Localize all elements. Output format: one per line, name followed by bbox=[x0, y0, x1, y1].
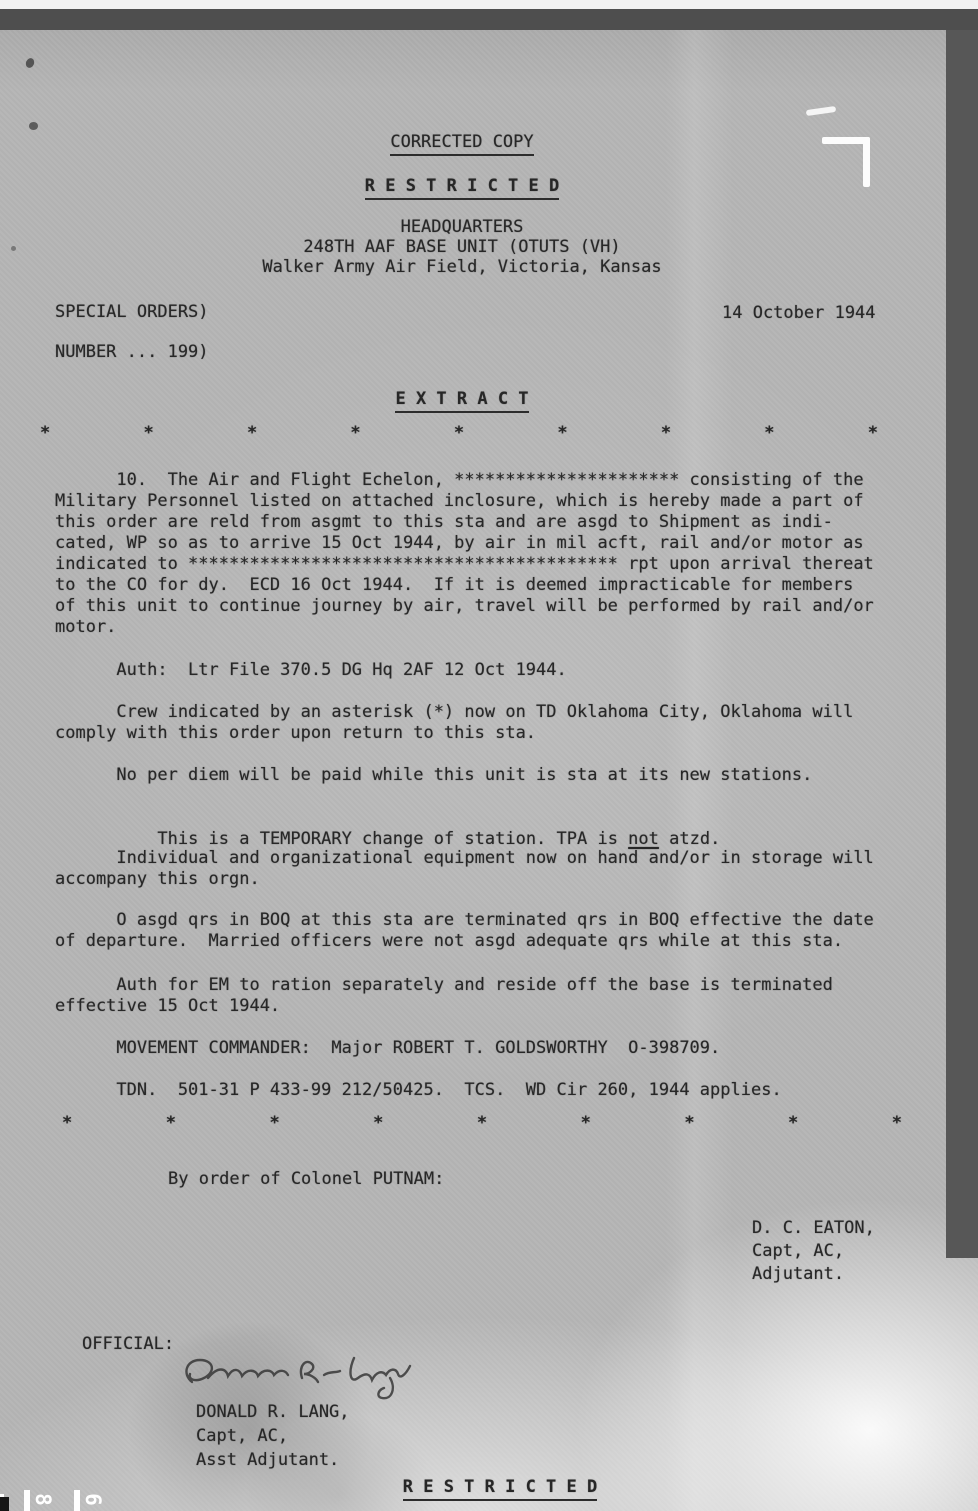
film-corner-dark bbox=[0, 1497, 9, 1511]
asterisk-separator-top: ********* bbox=[40, 423, 878, 444]
asterisk: * bbox=[350, 423, 360, 444]
official-typed-block: DONALD R. LANG,Capt, AC,Asst Adjutant. bbox=[196, 1400, 350, 1472]
body-line: accompany this orgn. bbox=[55, 869, 935, 890]
by-order-line: By order of Colonel PUTNAM: bbox=[168, 1169, 444, 1190]
asterisk: * bbox=[373, 1113, 383, 1134]
body-line: Auth: Ltr File 370.5 DG Hq 2AF 12 Oct 19… bbox=[55, 660, 935, 681]
extract-title-line: E X T R A C T bbox=[0, 389, 924, 413]
body-line: TDN. 501-31 P 433-99 212/50425. TCS. WD … bbox=[55, 1080, 935, 1101]
paragraph-ration: Auth for EM to ration separately and res… bbox=[55, 975, 935, 1017]
classification-top-line: R E S T R I C T E D bbox=[0, 176, 924, 200]
body-line: MOVEMENT COMMANDER: Major ROBERT T. GOLD… bbox=[55, 1038, 935, 1059]
location-line: Walker Army Air Field, Victoria, Kansas bbox=[0, 257, 924, 278]
classification-bottom-label: R E S T R I C T E D bbox=[403, 1477, 597, 1501]
tpa-text-pre: This is a TEMPORARY change of station. T… bbox=[96, 829, 628, 849]
adjutant-block-line: D. C. EATON, bbox=[752, 1217, 875, 1240]
adjutant-block-line: Adjutant. bbox=[752, 1263, 875, 1286]
asterisk: * bbox=[143, 423, 153, 444]
unit-line: 248TH AAF BASE UNIT (OTUTS (VH) bbox=[0, 237, 924, 258]
official-block-line: DONALD R. LANG, bbox=[196, 1400, 350, 1424]
asterisk: * bbox=[581, 1113, 591, 1134]
tpa-not-underlined: not bbox=[628, 829, 659, 849]
body-line: of departure. Married officers were not … bbox=[55, 931, 935, 952]
official-block-line: Capt, AC, bbox=[196, 1424, 350, 1448]
paragraph-crew: Crew indicated by an asterisk (*) now on… bbox=[55, 702, 935, 744]
adjutant-signature-block: D. C. EATON,Capt, AC,Adjutant. bbox=[752, 1217, 875, 1286]
order-number-label: NUMBER ... 199) bbox=[55, 342, 209, 363]
body-line: motor. bbox=[55, 617, 935, 638]
dust-speck bbox=[29, 122, 38, 130]
special-orders-label: SPECIAL ORDERS) bbox=[55, 302, 209, 323]
body-line: effective 15 Oct 1944. bbox=[55, 996, 935, 1017]
adjutant-block-line: Capt, AC, bbox=[752, 1240, 875, 1263]
asterisk: * bbox=[62, 1113, 72, 1134]
asterisk: * bbox=[788, 1113, 798, 1134]
body-line: of this unit to continue journey by air,… bbox=[55, 596, 935, 617]
corrected-copy-label: CORRECTED COPY bbox=[390, 132, 533, 156]
film-right-dark-band bbox=[946, 30, 978, 1258]
classification-top-label: R E S T R I C T E D bbox=[365, 176, 559, 200]
body-line: comply with this order upon return to th… bbox=[55, 723, 935, 744]
film-frame-digit-right: 6 bbox=[82, 1493, 103, 1506]
paragraph-auth: Auth: Ltr File 370.5 DG Hq 2AF 12 Oct 19… bbox=[55, 660, 935, 681]
body-line: O asgd qrs in BOQ at this sta are termin… bbox=[55, 910, 935, 931]
body-line: Military Personnel listed on attached in… bbox=[55, 491, 935, 512]
order-date: 14 October 1944 bbox=[722, 303, 876, 324]
asterisk: * bbox=[247, 423, 257, 444]
asterisk: * bbox=[454, 423, 464, 444]
asterisk: * bbox=[684, 1113, 694, 1134]
asterisk: * bbox=[892, 1113, 902, 1134]
film-top-dark-band bbox=[0, 9, 978, 30]
paragraph-10: 10. The Air and Flight Echelon, ********… bbox=[55, 470, 935, 638]
extract-title: E X T R A C T bbox=[395, 389, 528, 413]
film-top-white-strip bbox=[0, 0, 978, 9]
asterisk: * bbox=[557, 423, 567, 444]
body-line: cated, WP so as to arrive 15 Oct 1944, b… bbox=[55, 533, 935, 554]
scanned-document-page: CORRECTED COPY R E S T R I C T E D HEADQ… bbox=[0, 0, 978, 1511]
corrected-copy-line: CORRECTED COPY bbox=[0, 132, 924, 156]
asterisk: * bbox=[477, 1113, 487, 1134]
asterisk: * bbox=[166, 1113, 176, 1134]
asterisk: * bbox=[764, 423, 774, 444]
paragraph-movement-commander: MOVEMENT COMMANDER: Major ROBERT T. GOLD… bbox=[55, 1038, 935, 1059]
body-line: No per diem will be paid while this unit… bbox=[55, 765, 935, 786]
body-line: Auth for EM to ration separately and res… bbox=[55, 975, 935, 996]
paragraph-tdn: TDN. 501-31 P 433-99 212/50425. TCS. WD … bbox=[55, 1080, 935, 1101]
official-block-line: Asst Adjutant. bbox=[196, 1448, 350, 1472]
asterisk: * bbox=[40, 423, 50, 444]
film-frame-digit-left: 8 bbox=[32, 1493, 53, 1506]
white-scratch-mark bbox=[806, 106, 837, 116]
asterisk: * bbox=[868, 423, 878, 444]
body-line: Individual and organizational equipment … bbox=[55, 848, 935, 869]
body-line: Crew indicated by an asterisk (*) now on… bbox=[55, 702, 935, 723]
body-line: indicated to ***************************… bbox=[55, 554, 935, 575]
paragraph-equipment: Individual and organizational equipment … bbox=[55, 848, 935, 890]
handwritten-signature bbox=[178, 1344, 413, 1406]
body-line: this order are reld from asgmt to this s… bbox=[55, 512, 935, 533]
paragraph-boq: O asgd qrs in BOQ at this sta are termin… bbox=[55, 910, 935, 952]
headquarters-line: HEADQUARTERS bbox=[0, 217, 924, 238]
asterisk-separator-bottom: ********* bbox=[62, 1113, 902, 1134]
asterisk: * bbox=[661, 423, 671, 444]
body-line: 10. The Air and Flight Echelon, ********… bbox=[55, 470, 935, 491]
dust-speck bbox=[24, 57, 35, 69]
film-frame-bar bbox=[24, 1490, 30, 1511]
body-line: to the CO for dy. ECD 16 Oct 1944. If it… bbox=[55, 575, 935, 596]
tpa-text-post: atzd. bbox=[659, 829, 720, 849]
film-frame-bar bbox=[74, 1490, 80, 1511]
classification-bottom-line: R E S T R I C T E D bbox=[38, 1477, 962, 1501]
asterisk: * bbox=[269, 1113, 279, 1134]
paragraph-per-diem: No per diem will be paid while this unit… bbox=[55, 765, 935, 786]
official-label: OFFICIAL: bbox=[82, 1334, 174, 1355]
